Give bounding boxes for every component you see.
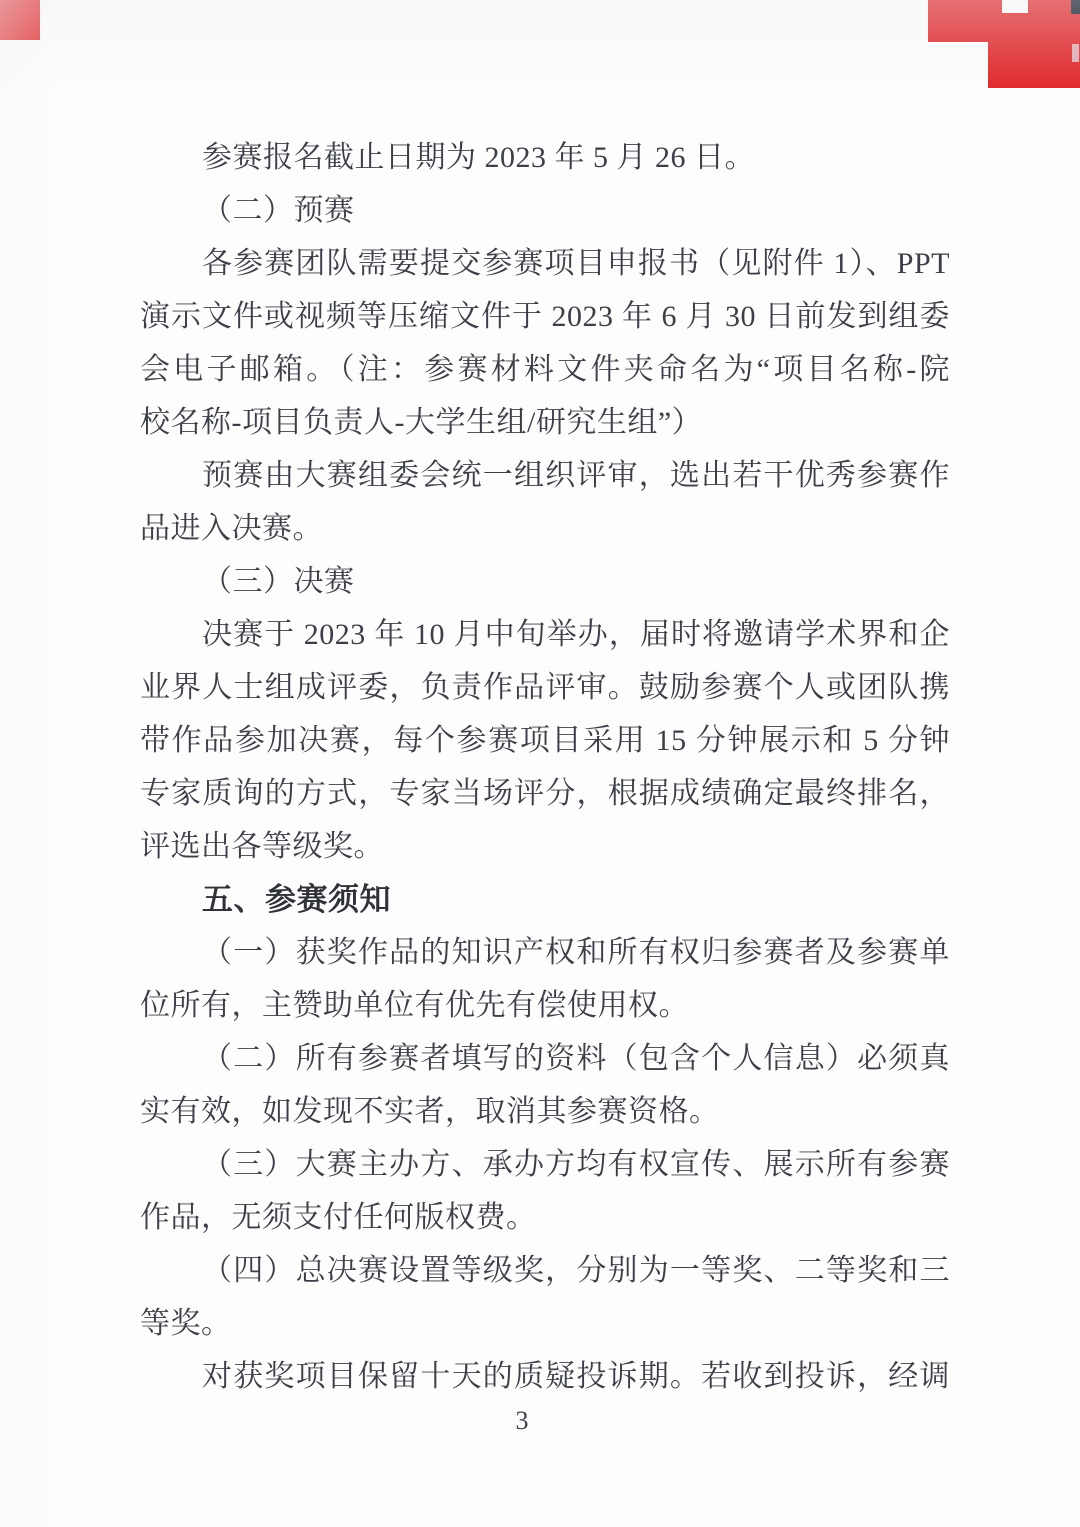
red-scan-mark-top-left	[0, 0, 40, 40]
text-line: 作品，无须支付任何版权费。	[140, 1191, 950, 1244]
text-line: （三）大赛主办方、承办方均有权宣传、展示所有参赛	[140, 1138, 950, 1191]
text-line: 参赛报名截止日期为 2023 年 5 月 26 日。	[140, 131, 950, 184]
text-line: （三）决赛	[140, 555, 950, 608]
scanned-document-page: 参赛报名截止日期为 2023 年 5 月 26 日。（二）预赛各参赛团队需要提交…	[0, 0, 1080, 1527]
text-line: 评选出各等级奖。	[140, 820, 950, 873]
text-line: 专家质询的方式，专家当场评分，根据成绩确定最终排名，	[140, 767, 950, 820]
text-line: （二）预赛	[140, 184, 950, 237]
text-line: 带作品参加决赛，每个参赛项目采用 15 分钟展示和 5 分钟	[140, 714, 950, 767]
text-line: 决赛于 2023 年 10 月中旬举办，届时将邀请学术界和企	[140, 608, 950, 661]
dark-corner-artifact	[1071, 0, 1080, 14]
text-line: 对获奖项目保留十天的质疑投诉期。若收到投诉，经调	[140, 1350, 950, 1403]
text-line: 等奖。	[140, 1297, 950, 1350]
text-line: 校名称-项目负责人-大学生组/研究生组”）	[140, 396, 950, 449]
text-line: 位所有，主赞助单位有优先有偿使用权。	[140, 979, 950, 1032]
text-line: （四）总决赛设置等级奖，分别为一等奖、二等奖和三	[140, 1244, 950, 1297]
scan-smudge	[1072, 44, 1079, 62]
document-body: 参赛报名截止日期为 2023 年 5 月 26 日。（二）预赛各参赛团队需要提交…	[140, 131, 950, 1403]
text-line: 品进入决赛。	[140, 502, 950, 555]
text-line: 预赛由大赛组委会统一组织评审，选出若干优秀参赛作	[140, 449, 950, 502]
text-line: 演示文件或视频等压缩文件于 2023 年 6 月 30 日前发到组委	[140, 290, 950, 343]
page-number: 3	[0, 1406, 1062, 1436]
red-scan-mark-top-right-lower	[988, 42, 1080, 88]
text-line: 各参赛团队需要提交参赛项目申报书（见附件 1）、PPT	[140, 237, 950, 290]
text-line: 业界人士组成评委，负责作品评审。鼓励参赛个人或团队携	[140, 661, 950, 714]
text-line: （二）所有参赛者填写的资料（包含个人信息）必须真	[140, 1032, 950, 1085]
section-heading: 五、参赛须知	[140, 873, 950, 926]
text-line: （一）获奖作品的知识产权和所有权归参赛者及参赛单	[140, 926, 950, 979]
scan-mark-white-notch	[1002, 0, 1028, 13]
text-line: 会电子邮箱。（注：参赛材料文件夹命名为“项目名称-院	[140, 343, 950, 396]
text-line: 实有效，如发现不实者，取消其参赛资格。	[140, 1085, 950, 1138]
